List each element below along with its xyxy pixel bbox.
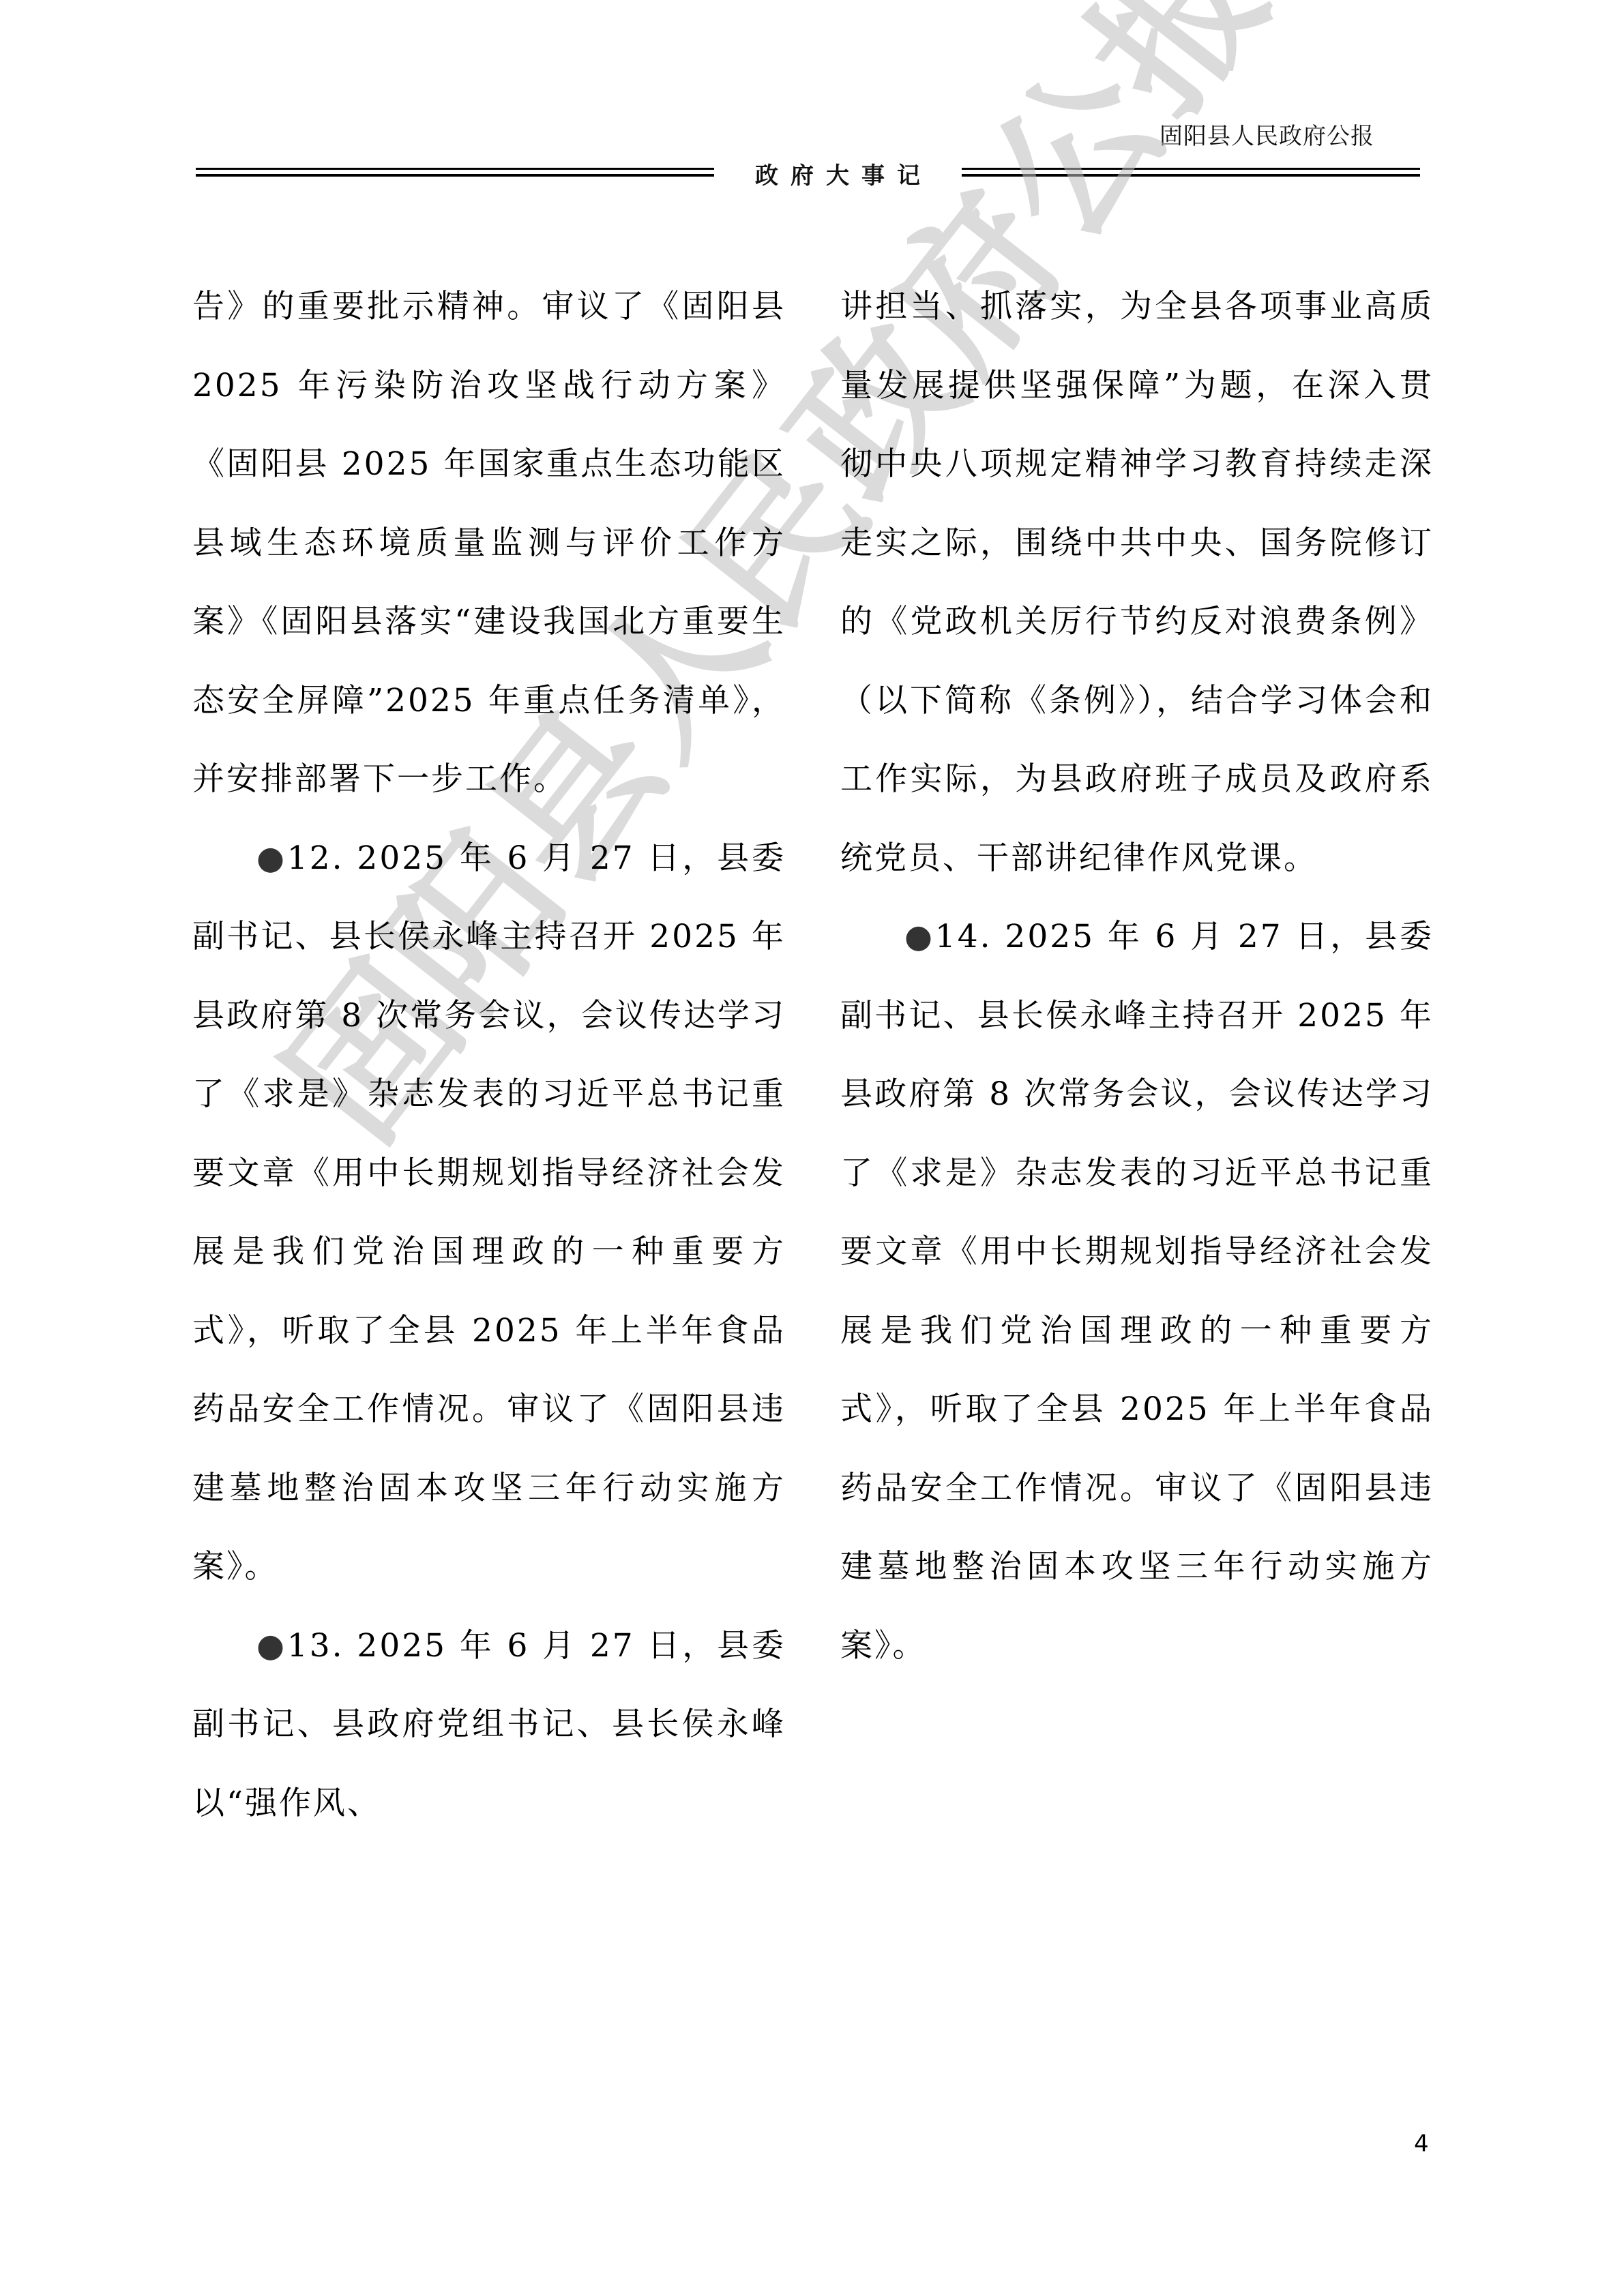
section-header: 政府大事记 xyxy=(196,164,1420,184)
bullet-dot-icon: ● xyxy=(256,1627,287,1665)
right-column: 讲担当、抓落实，为全县各项事业高质量发展提供坚强保障”为题，在深入贯彻中央八项规… xyxy=(840,267,1434,1685)
page-number: 4 xyxy=(1414,2130,1429,2158)
double-rule-right xyxy=(962,168,1420,177)
section-title: 政府大事记 xyxy=(741,157,946,190)
paragraph-text: 告》的重要批示精神。审议了《固阳县 2025 年污染防治攻坚战行动方案》《固阳县… xyxy=(192,288,786,798)
paragraph-item-12: ●12. 2025 年 6 月 27 日，县委副书记、县长侯永峰主持召开 202… xyxy=(192,819,786,1607)
paragraph-text: 讲担当、抓落实，为全县各项事业高质量发展提供坚强保障”为题，在深入贯彻中央八项规… xyxy=(840,288,1434,877)
bullet-dot-icon: ● xyxy=(904,918,935,955)
paragraph-text: 14. 2025 年 6 月 27 日，县委副书记、县长侯永峰主持召开 2025… xyxy=(840,918,1434,1665)
bullet-dot-icon: ● xyxy=(256,839,287,877)
double-rule-left xyxy=(196,168,714,177)
paragraph-continued: 告》的重要批示精神。审议了《固阳县 2025 年污染防治攻坚战行动方案》《固阳县… xyxy=(192,267,786,819)
paragraph-item-13-continued: 讲担当、抓落实，为全县各项事业高质量发展提供坚强保障”为题，在深入贯彻中央八项规… xyxy=(840,267,1434,897)
paragraph-text: 12. 2025 年 6 月 27 日，县委副书记、县长侯永峰主持召开 2025… xyxy=(192,839,786,1586)
paragraph-item-14: ●14. 2025 年 6 月 27 日，县委副书记、县长侯永峰主持召开 202… xyxy=(840,897,1434,1685)
left-column: 告》的重要批示精神。审议了《固阳县 2025 年污染防治攻坚战行动方案》《固阳县… xyxy=(192,267,786,1843)
publication-title: 固阳县人民政府公报 xyxy=(1160,117,1374,151)
paragraph-item-13: ●13. 2025 年 6 月 27 日，县委副书记、县政府党组书记、县长侯永峰… xyxy=(192,1607,786,1843)
